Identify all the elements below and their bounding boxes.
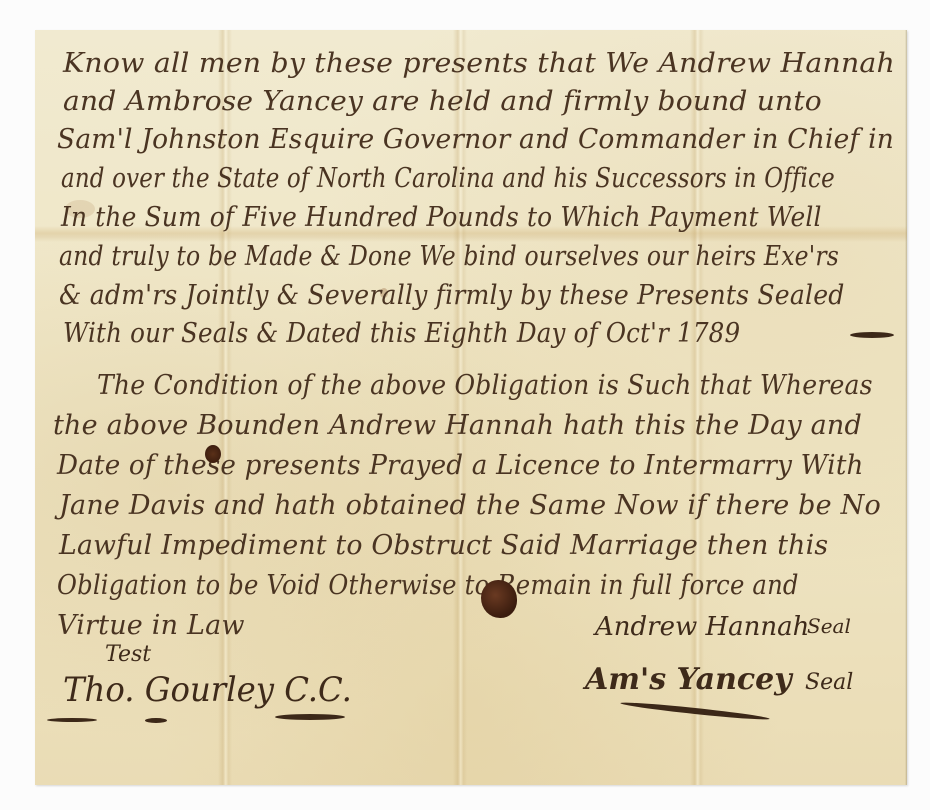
body-line-5: In the Sum of Five Hundred Pounds to Whi… bbox=[61, 202, 822, 233]
condition-line-6: Obligation to be Void Otherwise to Remai… bbox=[57, 570, 799, 601]
condition-line-7: Virtue in Law bbox=[57, 610, 245, 641]
flourish-stroke bbox=[275, 714, 345, 720]
witness-signature: Tho. Gourley C.C. bbox=[63, 670, 352, 710]
condition-line-4: Jane Davis and hath obtained the Same No… bbox=[59, 490, 881, 521]
body-line-1: Know all men by these presents that We A… bbox=[63, 48, 895, 79]
line-filler-stroke bbox=[850, 332, 894, 338]
signature-andrew-hannah: Andrew Hannah bbox=[595, 612, 809, 642]
witness-label: Test bbox=[105, 642, 151, 667]
condition-line-3: Date of these presents Prayed a Licence … bbox=[57, 450, 864, 481]
seal-label-2: Seal bbox=[805, 670, 853, 695]
body-line-7: & adm'rs Jointly & Severally firmly by t… bbox=[59, 280, 845, 311]
seal-label-1: Seal bbox=[807, 614, 851, 638]
paper-edge bbox=[905, 30, 907, 785]
body-line-4: and over the State of North Carolina and… bbox=[61, 163, 835, 194]
flourish-stroke bbox=[145, 718, 167, 723]
flourish-stroke bbox=[47, 718, 97, 722]
wax-seal-remnant bbox=[481, 580, 517, 618]
body-line-8: With our Seals & Dated this Eighth Day o… bbox=[63, 318, 740, 349]
body-line-6: and truly to be Made & Done We bind ours… bbox=[59, 241, 839, 272]
condition-line-2: the above Bounden Andrew Hannah hath thi… bbox=[53, 410, 862, 441]
body-line-2: and Ambrose Yancey are held and firmly b… bbox=[63, 86, 822, 117]
manuscript-page: Know all men by these presents that We A… bbox=[35, 30, 907, 785]
body-line-3: Sam'l Johnston Esquire Governor and Comm… bbox=[57, 124, 894, 155]
ink-blot bbox=[205, 445, 221, 463]
condition-line-1: The Condition of the above Obligation is… bbox=[97, 370, 873, 401]
condition-line-5: Lawful Impediment to Obstruct Said Marri… bbox=[59, 530, 828, 561]
scan-background: Know all men by these presents that We A… bbox=[0, 0, 930, 810]
signature-yancey: Am's Yancey bbox=[585, 662, 792, 697]
